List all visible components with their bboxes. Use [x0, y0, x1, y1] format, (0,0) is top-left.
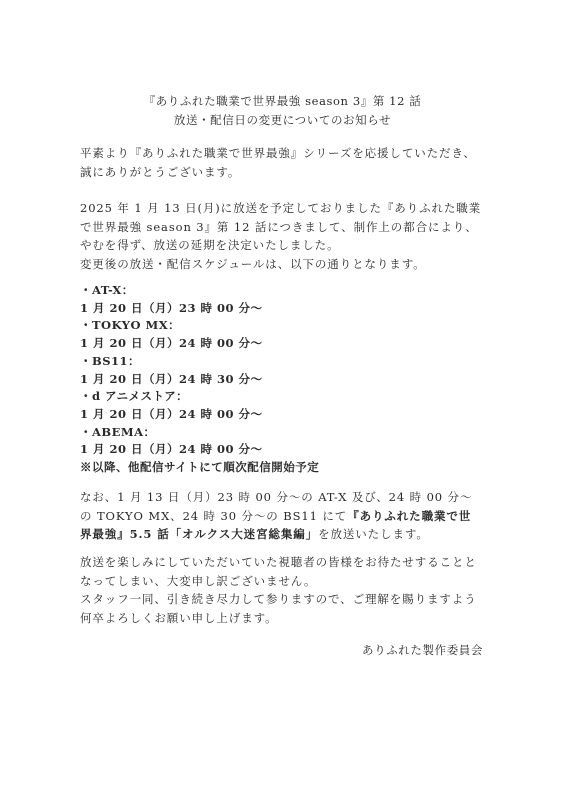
schedule-channel-bs11: ・BS11：: [80, 353, 482, 371]
recap-suffix-text: を放送いたします。: [318, 527, 429, 541]
schedule-time-d-anime-store: 1 月 20 日（月）24 時 00 分〜: [80, 406, 482, 424]
schedule-channel-abema: ・ABEMA：: [80, 424, 482, 442]
signature: ありふれた製作委員会: [362, 641, 483, 659]
schedule-time-atx: 1 月 20 日（月）23 時 00 分〜: [80, 300, 482, 318]
schedule-time-tokyo-mx: 1 月 20 日（月）24 時 00 分〜: [80, 335, 482, 353]
announcement-title: 『ありふれた職業で世界最強 season 3』第 12 話 放送・配信日の変更に…: [0, 92, 565, 130]
title-line-1: 『ありふれた職業で世界最強 season 3』第 12 話: [0, 92, 565, 111]
broadcast-schedule-list: ・AT-X： 1 月 20 日（月）23 時 00 分〜 ・TOKYO MX： …: [80, 282, 482, 477]
apology-text: 放送を楽しみにしていただいていた視聴者の皆様をお待たせすることとなってしまい、大…: [80, 553, 482, 590]
schedule-channel-atx: ・AT-X：: [80, 282, 482, 300]
postponement-notice-paragraph: 2025 年 1 月 13 日(月)に放送を予定しておりました『ありふれた職業で…: [80, 199, 482, 273]
recap-broadcast-paragraph: なお、1 月 13 日（月）23 時 00 分〜の AT-X 及び、24 時 0…: [80, 488, 482, 544]
schedule-note: ※以降、他配信サイトにて順次配信開始予定: [80, 459, 482, 477]
announcement-page: 『ありふれた職業で世界最強 season 3』第 12 話 放送・配信日の変更に…: [0, 0, 565, 800]
schedule-intro-text: 変更後の放送・配信スケジュールは、以下の通りとなります。: [80, 255, 482, 274]
greeting-paragraph: 平素より『ありふれた職業で世界最強』シリーズを応援していただき、誠にありがとうご…: [80, 144, 482, 181]
schedule-channel-d-anime-store: ・d アニメストア：: [80, 388, 482, 406]
closing-text: スタッフ一同、引き続き尽力して参りますので、ご理解を賜りますよう何卒よろしくお願…: [80, 590, 482, 627]
schedule-channel-tokyo-mx: ・TOKYO MX：: [80, 317, 482, 335]
schedule-time-bs11: 1 月 20 日（月）24 時 30 分〜: [80, 371, 482, 389]
apology-paragraph: 放送を楽しみにしていただいていた視聴者の皆様をお待たせすることとなってしまい、大…: [80, 553, 482, 627]
schedule-time-abema: 1 月 20 日（月）24 時 00 分〜: [80, 441, 482, 459]
title-line-2: 放送・配信日の変更についてのお知らせ: [0, 111, 565, 130]
postponement-text: 2025 年 1 月 13 日(月)に放送を予定しておりました『ありふれた職業で…: [80, 199, 482, 255]
greeting-text: 平素より『ありふれた職業で世界最強』シリーズを応援していただき、誠にありがとうご…: [80, 144, 482, 181]
